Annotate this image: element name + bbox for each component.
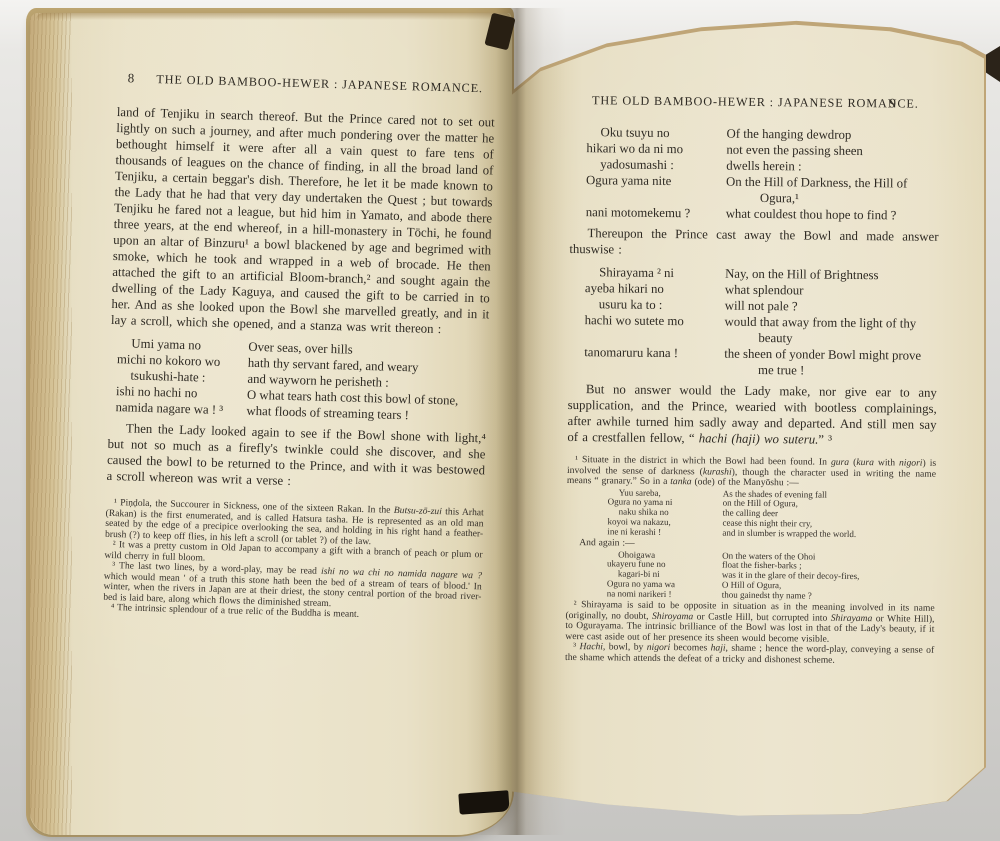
verse-line: Ogura yama niteOn the Hill of Darkness, … [570, 172, 939, 208]
text-run: And again :— [579, 537, 634, 549]
body-paragraph: But no answer would the Lady make, nor g… [567, 381, 937, 449]
verse-line: nani motomekemu ?what couldest thou hope… [570, 204, 939, 224]
verse-japanese: hachi wo sutete mo [568, 312, 724, 346]
verse-translation: On the Hill of Darkness, the Hill of Ogu… [726, 174, 939, 208]
text-run: land of Tenjiku in search thereof. But t… [111, 105, 495, 336]
tanka-verse: Shirayama ² niNay, on the Hill of Bright… [568, 264, 938, 380]
left-page-content: 8 THE OLD BAMBOO-HEWER : JAPANESE ROMANC… [103, 70, 496, 624]
tanka-verse: Oku tsuyu noOf the hanging dewdrophikari… [570, 124, 940, 224]
verse-translation: would that away from the light of thy be… [724, 314, 937, 348]
right-page-number: 9 [889, 95, 896, 111]
body-paragraph: land of Tenjiku in search thereof. But t… [111, 104, 495, 338]
footnotes-section: ¹ Situate in the district in which the B… [565, 455, 936, 667]
italic-text: gura [831, 457, 849, 468]
right-page-content: THE OLD BAMBOO-HEWER : JAPANESE ROMANCE.… [565, 92, 940, 667]
verse-line: hachi wo sutete mowould that away from t… [568, 312, 937, 348]
left-page-number: 8 [128, 70, 135, 86]
verse-japanese: yadosumashi : [570, 156, 726, 174]
verse-japanese: nani motomekemu ? [570, 204, 726, 222]
footnote: ¹ Situate in the district in which the B… [567, 455, 936, 490]
footnotes-section: ¹ Piṇḍola, the Succourer in Sickness, on… [103, 498, 484, 624]
right-running-title: THE OLD BAMBOO-HEWER : JAPANESE ROMANCE. [592, 93, 919, 110]
verse-line: tanomaruru kana !the sheen of yonder Bow… [568, 344, 937, 380]
footnote: ² Shirayama is said to be opposite in si… [565, 600, 934, 646]
verse-japanese: hikari wo da ni mo [570, 140, 726, 158]
verse-japanese: ayeba hikari no [569, 280, 725, 298]
tanka-verse: Umi yama noOver seas, over hillsmichi no… [108, 335, 488, 426]
verse-japanese: Ogura yama nite [570, 172, 726, 206]
body-paragraph: Then the Lady looked again to see if the… [106, 420, 486, 495]
verse-japanese: Oku tsuyu no [570, 124, 726, 142]
text-run: Thereupon the Prince cast away the Bowl … [569, 226, 938, 256]
verse-japanese: namida nagare wa ! ³ [108, 399, 246, 419]
italic-text: haji [711, 643, 726, 654]
text-run: ” ³ [818, 433, 832, 447]
italic-text: hachi (haji) wo suteru. [699, 431, 819, 446]
body-paragraph: Thereupon the Prince cast away the Bowl … [569, 225, 938, 261]
verse-translation: the sheen of yonder Bowl might prove me … [724, 346, 937, 380]
verse-japanese: usuru ka to : [569, 296, 725, 314]
text-run: (ode) of the Manyōshu :— [692, 476, 799, 488]
footnote-verse: OhoigawaOn the waters of the Ohoiukayeru… [566, 550, 935, 603]
verse-translation: what couldest thou hope to find ? [726, 206, 939, 224]
book-photo-stage: 8 THE OLD BAMBOO-HEWER : JAPANESE ROMANC… [0, 0, 1000, 841]
italic-text: tanka [670, 476, 691, 487]
verse-japanese: tanomaruru kana ! [568, 344, 724, 378]
text-run: Then the Lady looked again to see if the… [106, 421, 486, 488]
spine-notch-bottom [458, 790, 509, 814]
italic-text: kura [856, 457, 874, 468]
verse-japanese: Shirayama ² ni [569, 264, 725, 282]
footnote-verse: Yuu sareba,As the shades of evening fall… [566, 487, 935, 540]
footnote: ³ Hachi, bowl, by nigori becomes haji, s… [565, 642, 934, 667]
right-page-header: THE OLD BAMBOO-HEWER : JAPANESE ROMANCE.… [571, 92, 940, 112]
